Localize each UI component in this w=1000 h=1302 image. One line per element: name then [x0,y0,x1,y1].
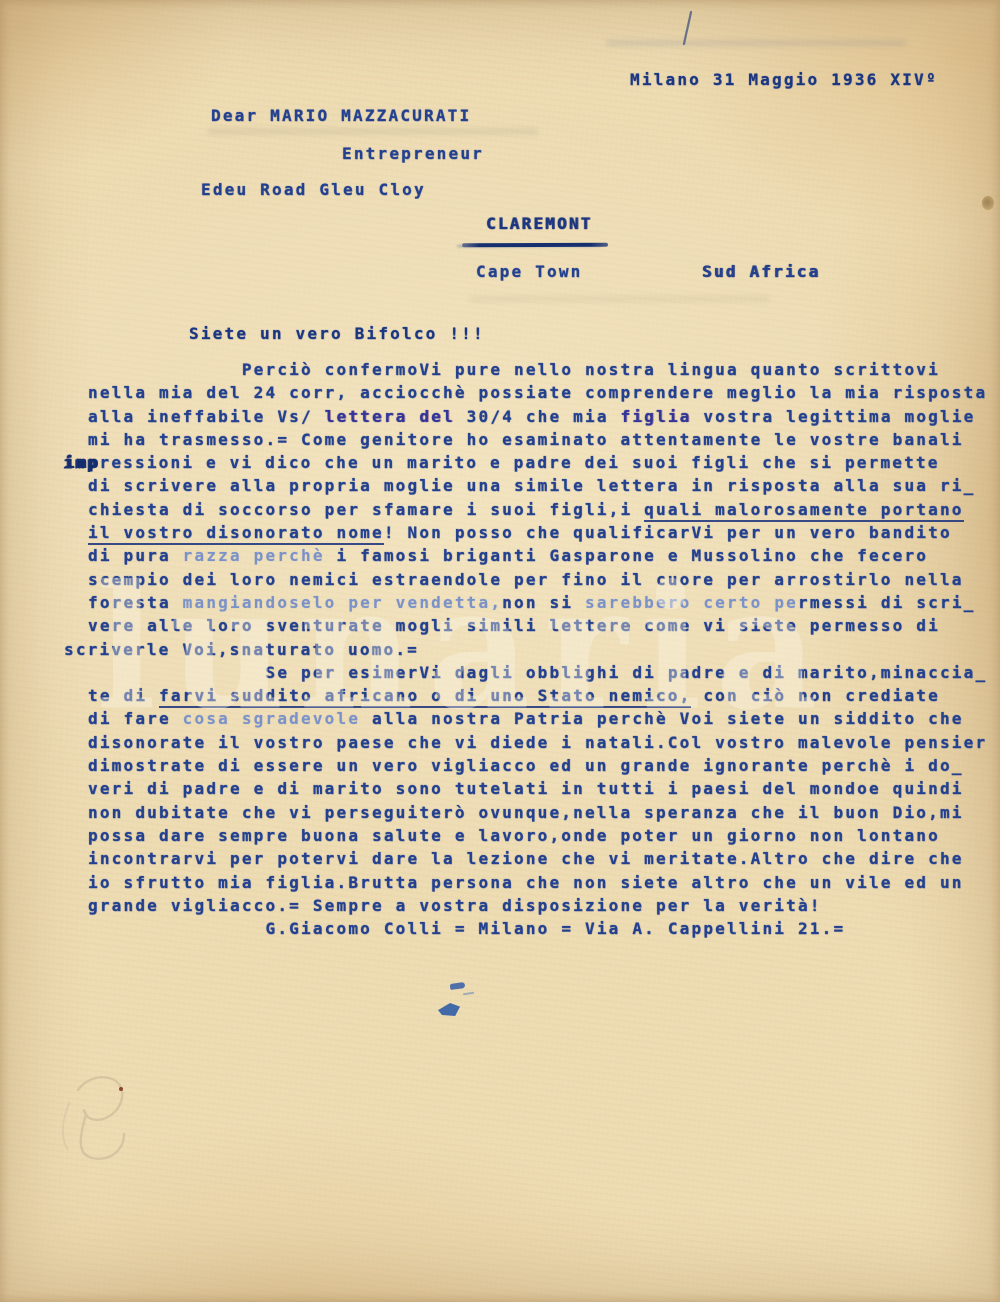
letter-body-line: Perciò confermoVi pure nello nostra ling… [88,358,987,381]
letter-body-line: di scrivere alla propria moglie una simi… [88,474,987,497]
recipient-title: Entrepreneur [342,142,484,165]
letter-body-line: mi ha trasmesso.= Come genitore ho esami… [88,428,987,451]
letter-text-segment: mi ha trasmesso.= Come genitore ho esami… [88,430,964,449]
letter-text-segment: chiesta di soccorso per sfamare i suoi f… [88,500,644,519]
letter-text-segment: alla ineffabile Vs/ [88,407,325,426]
letter-text-segment: non dubitate che vi perseguiterò ovunque… [88,803,964,822]
letter-text-segment: di scrivere alla propria moglie una simi… [88,476,975,495]
letter-body-line: io sfrutto mia figlia.Brutta persona che… [88,871,987,894]
letter-text-segment: io sfrutto mia figlia.Brutta persona che… [88,873,964,892]
letter-text-segment: cosa sgradevole [183,709,361,728]
letter-text-segment: mangiandoselo per vendetta, [183,593,503,612]
letter-text-segment: foresta [88,593,183,612]
letter-body-line: te di farvi suddito africano o di uno St… [88,684,987,707]
letter-body-line: nella mia del 24 corr, acciocchè possiat… [88,381,987,404]
letter-text-segment: imp [64,453,100,472]
letter-page: Milano 31 Maggio 1936 XIVº Dear MARIO MA… [0,0,1000,1302]
letter-body: Perciò confermoVi pure nello nostra ling… [88,358,987,940]
letter-text-segment: incontrarvi per potervi dare la lezione … [88,849,964,868]
letter-date: Milano 31 Maggio 1936 XIVº [630,68,938,91]
letter-text-segment: te di [88,686,159,705]
letter-text-segment: ! Non posso che qualificarVi per un vero… [384,523,952,542]
letter-text-segment: non si [502,593,585,612]
letter-body-line: chiesta di soccorso per sfamare i suoi f… [88,498,987,521]
letter-text-segment: veri di padre e di marito sono tutelati … [88,779,964,798]
letter-text-segment: razza perchè [183,546,325,565]
paper-speck [119,1087,123,1091]
bleed-through-smudge [606,40,906,46]
letter-body-line: veri di padre e di marito sono tutelati … [88,777,987,800]
letter-body-line: il vostro disonorato nome! Non posso che… [88,521,987,544]
letter-text-segment: i famosi briganti Gasparone e Mussolino … [325,546,928,565]
letter-text-segment: G.Giacomo Colli = Milano = Via A. Cappel… [266,919,846,938]
letter-text-segment: alla nostra Patria perchè Voi siete un s… [360,709,963,728]
letter-text-segment: sarebbero certo pe [585,593,798,612]
bleed-through-smudge [470,296,770,302]
recipient-name: Dear MARIO MAZZACURATI [211,104,471,127]
letter-text-segment: di fare [88,709,183,728]
signature-line: G.Giacomo Colli = Milano = Via A. Cappel… [88,917,987,940]
letter-body-line: foresta mangiandoselo per vendetta,non s… [88,591,987,614]
letter-text-segment: vere alle loro sventurate mogli simili l… [88,616,940,635]
letter-text-segment: ressioni e vi dico che un marito e padre… [100,453,940,472]
letter-text-segment: Se per esimerVi dagli obblighi di padre … [266,663,988,682]
letter-text-segment: di pura [88,546,183,565]
letter-text-segment: scempio dei loro nemici estraendole per … [88,570,964,589]
letter-text-segment: rmessi di scri_ [798,593,976,612]
letter-body-line: impressioni e vi dico che un marito e pa… [64,451,987,474]
letter-body-line: dimostrate di essere un vero vigliacco e… [88,754,987,777]
letter-text-segment: disonorate il vostro paese che vi diede … [88,733,987,752]
letter-text-segment: figlia [621,407,692,426]
paper-stain-spot [982,196,994,210]
letter-text-segment: 30/4 che mia [455,407,621,426]
locality-underline [462,243,608,248]
letter-body-line: possa dare sempre buona salute e lavoro,… [88,824,987,847]
letter-text-segment: nella mia del 24 corr, acciocchè possiat… [88,383,987,402]
letter-text-segment: dimostrate di essere un vero vigliacco e… [88,756,964,775]
letter-body-line: grande vigliacco.= Sempre a vostra dispo… [88,894,987,917]
letter-body-line: disonorate il vostro paese che vi diede … [88,731,987,754]
recipient-town: Cape Town [476,260,583,283]
letter-text-segment: vostra legittima moglie [692,407,976,426]
letter-body-line: di pura razza perchè i famosi briganti G… [88,544,987,567]
letter-body-line: di fare cosa sgradevole alla nostra Patr… [88,707,987,730]
letter-body-line: vere alle loro sventurate mogli simili l… [88,614,987,637]
ink-blot [438,1003,460,1016]
recipient-country: Sud Africa [702,260,820,283]
letter-body-line: scriverle Voi,snaturato uomo.= [64,638,987,661]
pen-slash-mark [676,8,700,48]
letter-text-segment: quali malorosamente portano [644,500,964,522]
opening-line: Siete un vero Bifolco !!! [189,322,485,345]
letter-text-segment: lettera del [325,407,455,426]
letter-text-segment: Perciò confermoVi pure nello nostra ling… [242,360,940,379]
bleed-through-smudge [208,128,538,135]
recipient-locality: CLAREMONT [486,212,593,235]
ink-blot [450,982,466,990]
letter-body-line: incontrarvi per potervi dare la lezione … [88,847,987,870]
letter-text-segment: con ciò non crediate [691,686,940,705]
letter-body-line: non dubitate che vi perseguiterò ovunque… [88,801,987,824]
letter-body-line: Se per esimerVi dagli obblighi di padre … [88,661,987,684]
letter-text-segment: scriverle Voi,snaturato uomo.= [64,640,419,659]
recipient-address: Edeu Road Gleu Cloy [201,178,426,201]
letter-text-segment: il vostro disonorato nome [88,523,384,545]
pencil-scribble [40,1062,150,1182]
letter-body-line: scempio dei loro nemici estraendole per … [88,568,987,591]
letter-text-segment: possa dare sempre buona salute e lavoro,… [88,826,940,845]
letter-text-segment: farvi suddito africano o di uno Stato ne… [159,686,691,708]
letter-text-segment: grande vigliacco.= Sempre a vostra dispo… [88,896,822,915]
letter-body-line: alla ineffabile Vs/ lettera del 30/4 che… [88,405,987,428]
